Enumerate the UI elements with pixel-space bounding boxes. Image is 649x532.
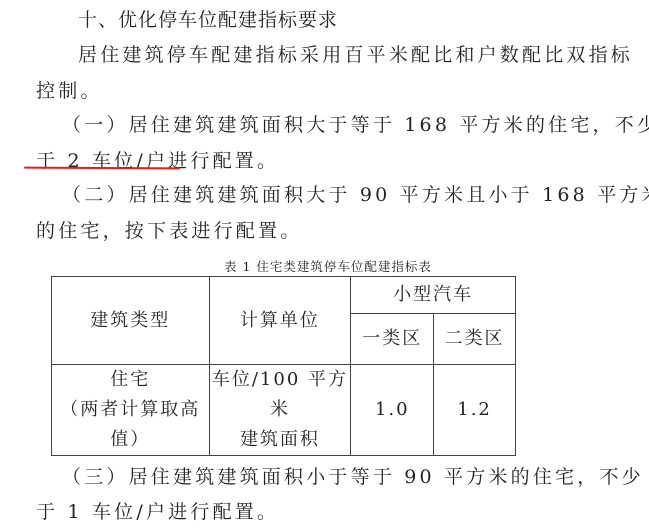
- cell-zone-1: 1.0: [351, 365, 434, 456]
- item2-line-1: （二）居住建筑建筑面积大于 90 平方米且小于 168 平方米: [62, 180, 649, 207]
- item2-line-2: 的住宅，按下表进行配置。: [36, 216, 302, 243]
- cell-unit: 车位/100 平方米 建筑面积: [209, 365, 351, 456]
- cell-building-type: 住宅 （两者计算取高值）: [52, 365, 210, 456]
- cell-building-type-line1: 住宅: [52, 365, 209, 395]
- intro-line-2: 控制。: [36, 76, 103, 103]
- header-zone-2: 二类区: [434, 314, 516, 365]
- parking-index-table: 建筑类型 计算单位 小型汽车 一类区 二类区 住宅 （两者计算取高值） 车位/1…: [51, 276, 516, 456]
- table-caption: 表 1 住宅类建筑停车位配建指标表: [224, 257, 432, 275]
- header-building-type: 建筑类型: [52, 277, 210, 365]
- header-unit: 计算单位: [209, 277, 351, 365]
- cell-unit-line1: 车位/100 平方米: [210, 365, 351, 425]
- header-zone-1: 一类区: [351, 314, 434, 365]
- cell-unit-line2: 建筑面积: [210, 425, 351, 455]
- header-small-car: 小型汽车: [351, 277, 516, 314]
- table-row: 住宅 （两者计算取高值） 车位/100 平方米 建筑面积 1.0 1.2: [52, 365, 516, 456]
- item3-line-2: 于 1 车位/户进行配置。: [36, 497, 279, 524]
- section-heading: 十、优化停车位配建指标要求: [78, 5, 338, 32]
- item3-line-1: （三）居住建筑建筑面积小于等于 90 平方米的住宅，不少: [62, 462, 644, 489]
- cell-zone-2: 1.2: [434, 365, 516, 456]
- cell-building-type-line2: （两者计算取高值）: [52, 395, 209, 455]
- item1-line-1: （一）居住建筑建筑面积大于等于 168 平方米的住宅，不少: [62, 110, 649, 137]
- intro-line-1: 居住建筑停车配建指标采用百平米配比和户数配比双指标: [78, 40, 633, 67]
